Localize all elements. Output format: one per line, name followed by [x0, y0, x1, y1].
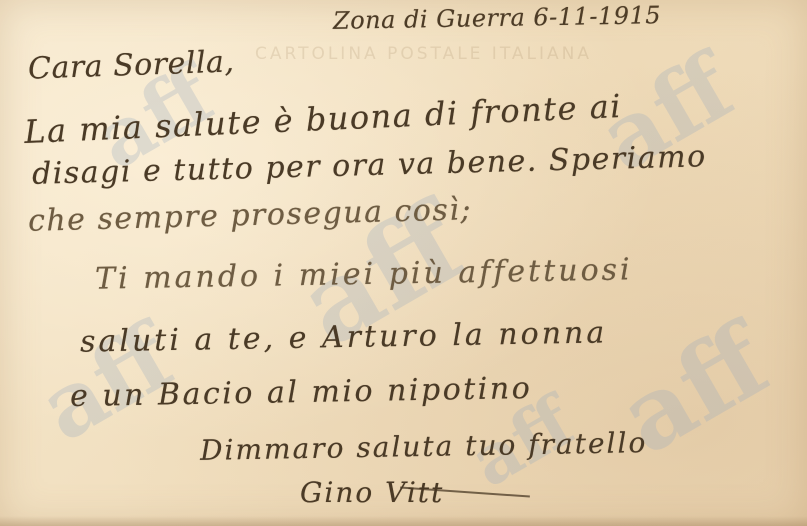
card-bottom-edge	[0, 516, 807, 526]
salutation: Cara Sorella,	[27, 44, 235, 86]
dateline: Zona di Guerra 6-11-1915	[333, 1, 661, 35]
signature: Gino Vitt	[300, 476, 444, 509]
letter-line: Ti mando i miei più affettuosi	[95, 252, 633, 296]
letter-line: Dimmaro saluta tuo fratello	[200, 426, 648, 467]
postcard: CARTOLINA POSTALE ITALIANA aff aff aff a…	[0, 0, 807, 526]
letter-line: saluti a te, e Arturo la nonna	[80, 315, 608, 359]
faint-printed-header: CARTOLINA POSTALE ITALIANA	[255, 44, 795, 64]
letter-line: e un Bacio al mio nipotino	[70, 371, 533, 414]
